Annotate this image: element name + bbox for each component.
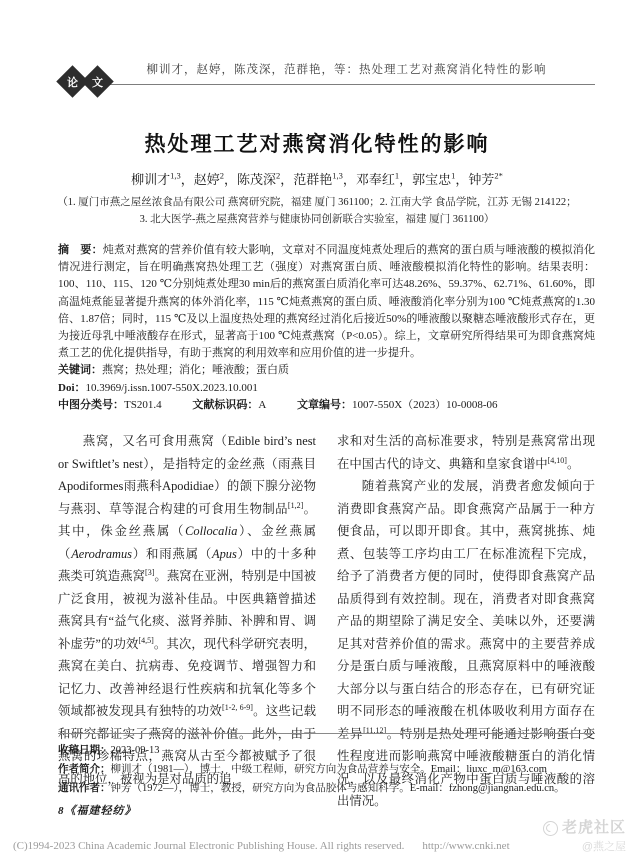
doi-line: Doi：10.3969/j.issn.1007-550X.2023.10.001 bbox=[58, 380, 595, 397]
document-code: 文献标识码：A bbox=[192, 399, 266, 411]
paragraph-continuation: 求和对生活的高标准要求，特别是燕窝常出现在中国古代的诗文、典籍和皇家食谱中[4,… bbox=[337, 430, 595, 475]
clc-number: 中图分类号：TS201.4 bbox=[58, 399, 162, 411]
affiliation-line: 3. 北大医学-燕之屋燕窝营养与健康协同创新联合实验室，福建 厦门 361100… bbox=[0, 211, 634, 228]
doi-value: 10.3969/j.issn.1007-550X.2023.10.001 bbox=[86, 382, 258, 394]
journal-page-number: 8《福建轻纺》 bbox=[58, 802, 137, 818]
affiliation-line: （1. 厦门市燕之屋丝浓食品有限公司 燕窝研究院，福建 厦门 361100；2.… bbox=[0, 194, 634, 211]
copyright-text: (C)1994-2023 China Academic Journal Elec… bbox=[13, 840, 404, 852]
running-head: 柳训才，赵婷，陈茂深，范群艳，等：热处理工艺对燕窝消化特性的影响 bbox=[98, 61, 595, 77]
watermark: 老虎社区 @燕之屋 bbox=[543, 819, 626, 856]
doi-label: Doi： bbox=[58, 382, 86, 394]
keywords-text: 燕窝；热处理；消化；唾液酸；蛋白质 bbox=[102, 364, 289, 376]
watermark-logo-icon bbox=[543, 821, 558, 836]
corresponding-author: 通讯作者：钟芳（1972—），博士，教授，研究方向为食品胶体与感知科学。E-ma… bbox=[58, 779, 595, 798]
abstract-label: 摘 要： bbox=[58, 244, 103, 256]
received-date: 收稿日期：2023-09-13 bbox=[58, 741, 595, 760]
meta-line: 中图分类号：TS201.4 文献标识码：A 文章编号：1007-550X（202… bbox=[58, 397, 595, 414]
cnki-copyright: (C)1994-2023 China Academic Journal Elec… bbox=[13, 840, 510, 852]
author-list: 柳训才1,3，赵婷2，陈茂深2，范群艳1,3，邓奉红1，郭宝忠1，钟芳2* bbox=[0, 169, 634, 188]
journal-page: { "colors": { "ink": "#1c1c1c", "rule": … bbox=[0, 0, 634, 866]
footnotes: 收稿日期：2023-09-13 作者简介：柳训才（1981—），博士，中级工程师… bbox=[58, 741, 595, 798]
paragraph-intro: 燕窝，又名可食用燕窝（Edible bird’s nest or Swiftle… bbox=[58, 430, 316, 790]
footnote-rule bbox=[58, 733, 595, 734]
keywords-label: 关键词： bbox=[58, 364, 102, 376]
paper-title: 热处理工艺对燕窝消化特性的影响 bbox=[0, 128, 634, 158]
abstract-text: 炖煮对燕窝的营养价值有较大影响，文章对不同温度炖煮处理后的燕窝的蛋白质与唾液酸的… bbox=[58, 244, 595, 359]
header-rule bbox=[106, 84, 595, 85]
watermark-community-name: 老虎社区 bbox=[562, 819, 626, 837]
article-id: 文章编号：1007-550X（2023）10-0008-06 bbox=[297, 399, 497, 411]
watermark-handle: @燕之屋 bbox=[543, 838, 626, 856]
front-matter: 摘 要：炖煮对燕窝的营养价值有较大影响，文章对不同温度炖煮处理后的燕窝的蛋白质与… bbox=[58, 242, 595, 414]
cnki-url: http://www.cnki.net bbox=[422, 840, 509, 852]
page-header: 论 文 柳训才，赵婷，陈茂深，范群艳，等：热处理工艺对燕窝消化特性的影响 bbox=[58, 58, 595, 100]
abstract: 摘 要：炖煮对燕窝的营养价值有较大影响，文章对不同温度炖煮处理后的燕窝的蛋白质与… bbox=[58, 242, 595, 362]
affiliations: （1. 厦门市燕之屋丝浓食品有限公司 燕窝研究院，福建 厦门 361100；2.… bbox=[0, 194, 634, 228]
watermark-title: 老虎社区 bbox=[543, 819, 626, 837]
keywords: 关键词：燕窝；热处理；消化；唾液酸；蛋白质 bbox=[58, 362, 595, 379]
author-bio: 作者简介：柳训才（1981—），博士，中级工程师，研究方向为食品营养与安全。Em… bbox=[58, 760, 595, 779]
